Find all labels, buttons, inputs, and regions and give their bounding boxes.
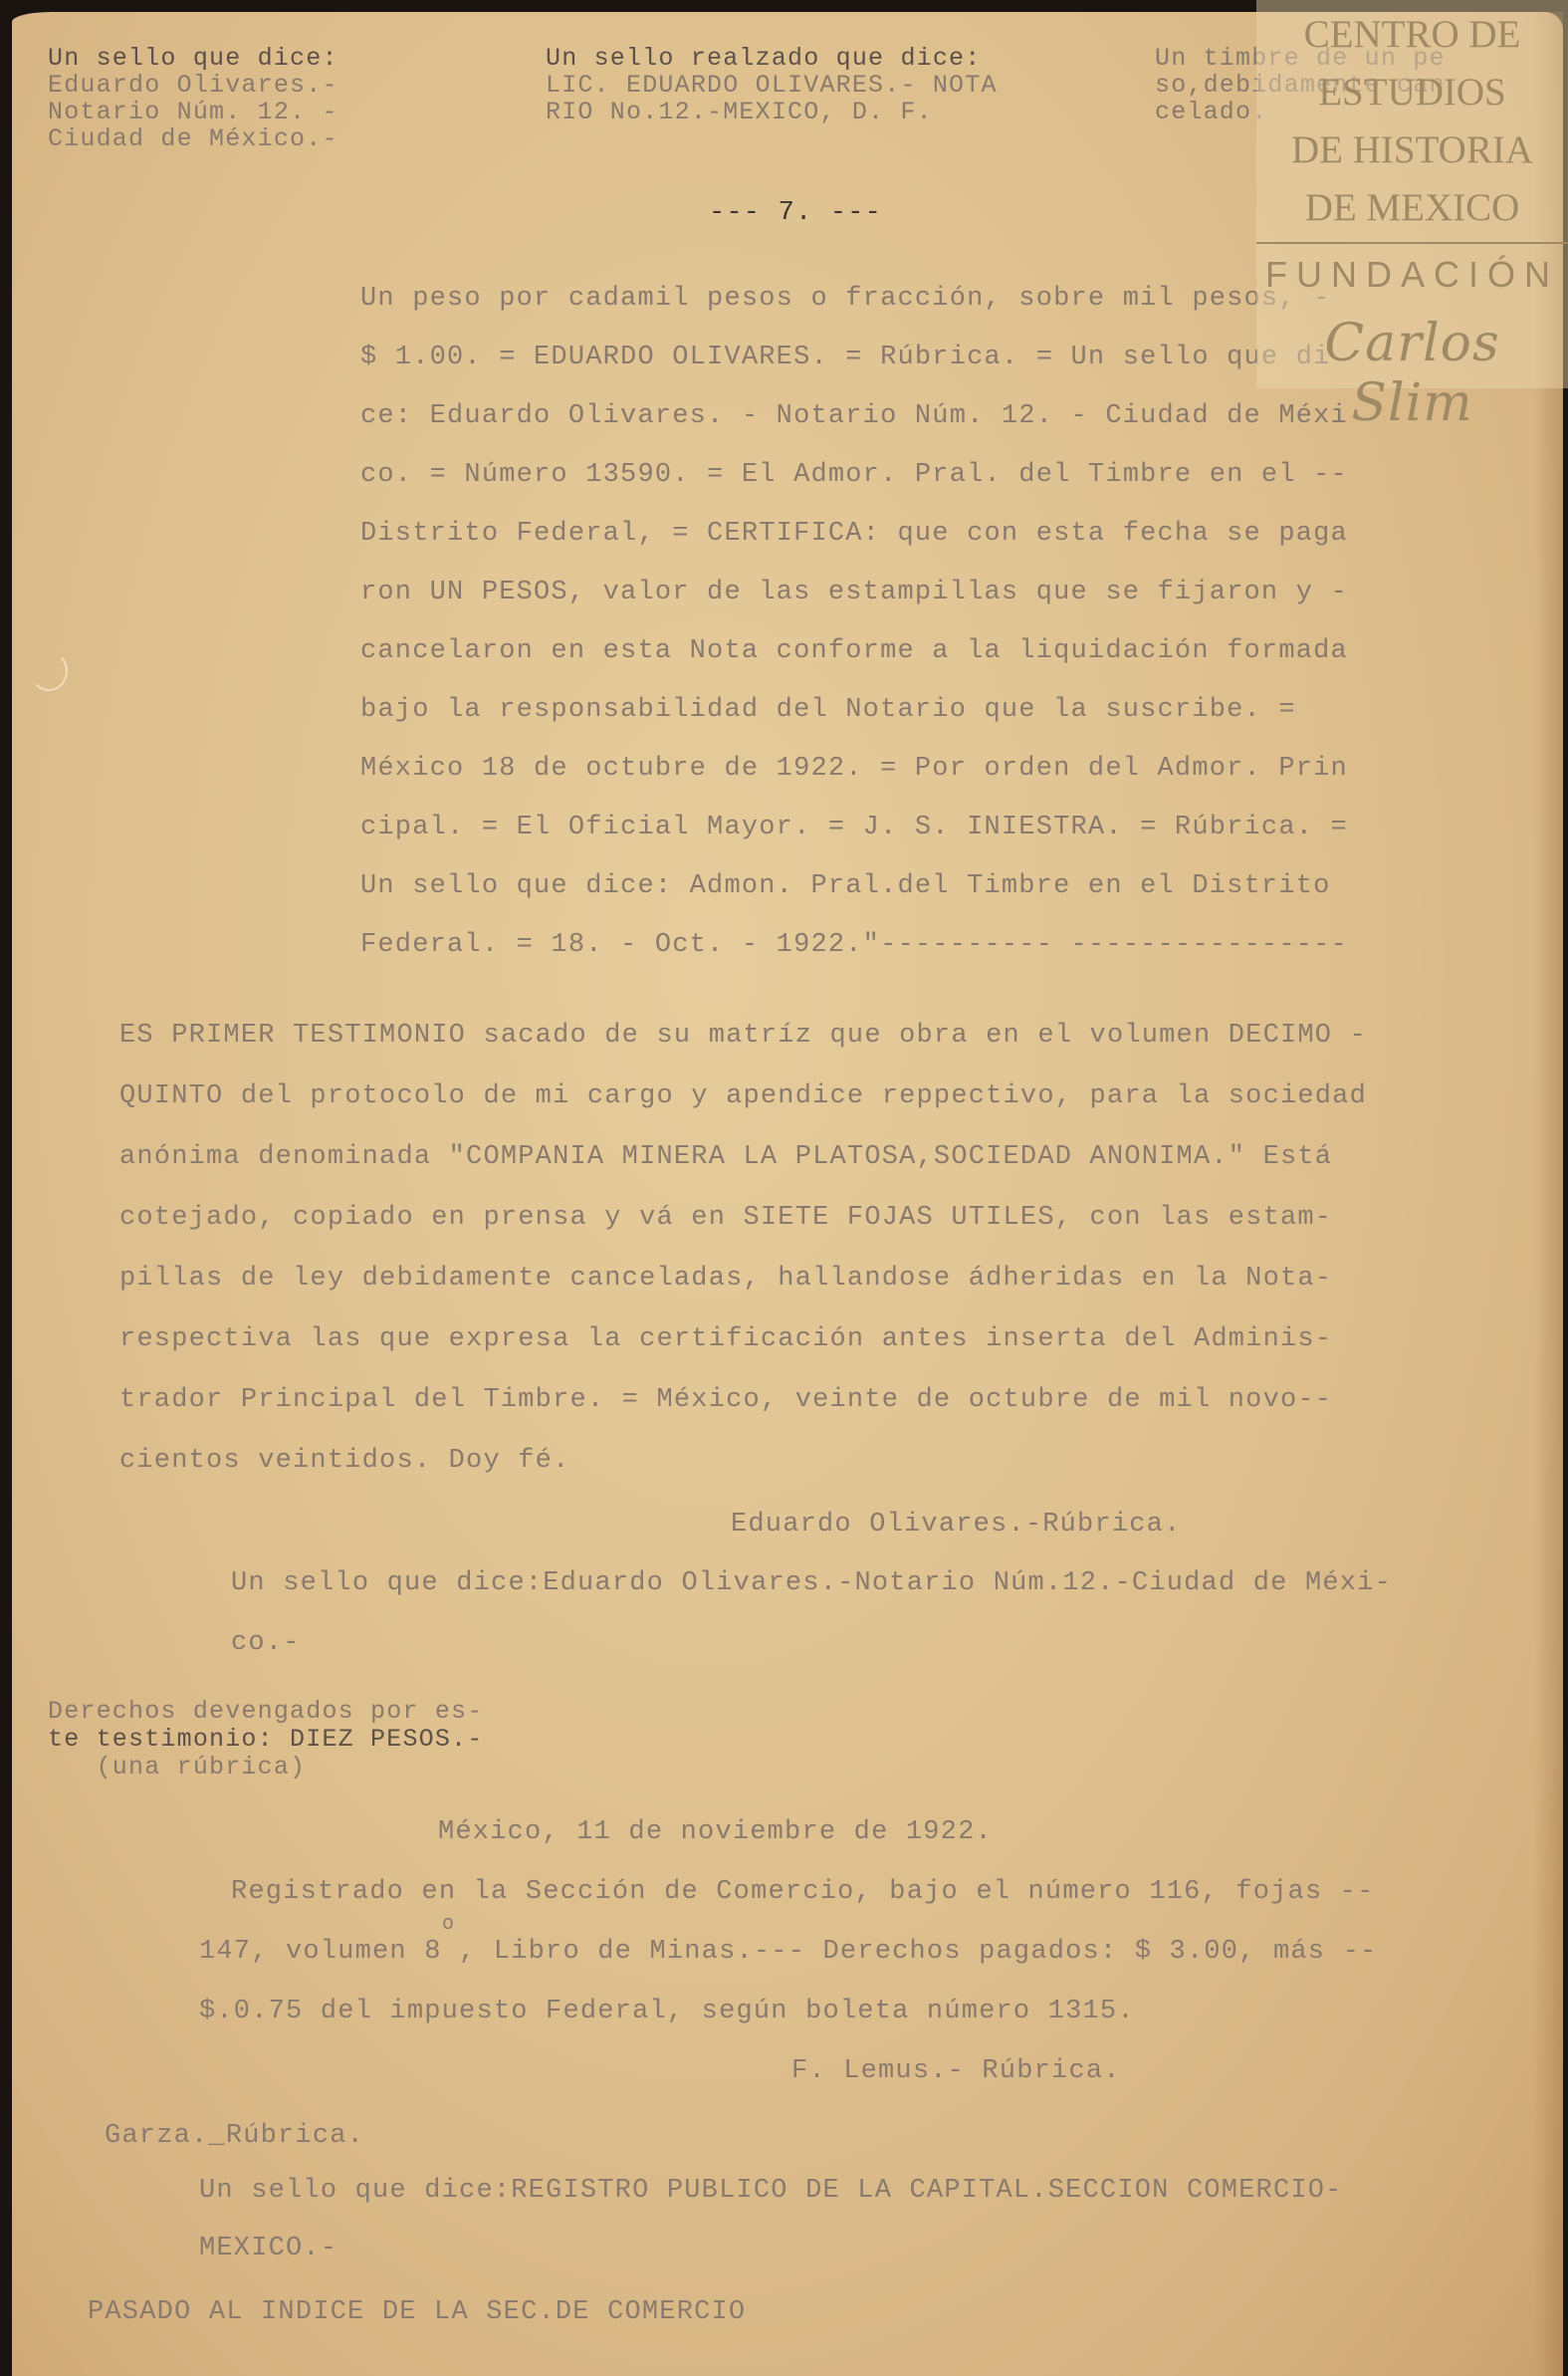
watermark-line: DE HISTORIA [1256,121,1568,179]
text-line: México 18 de octubre de 1922. = Por orde… [360,753,1348,785]
text-line: ES PRIMER TESTIMONIO sacado de su matríz… [119,1020,1367,1052]
text-line: $ 1.00. = EDUARDO OLIVARES. = Rúbrica. =… [360,342,1331,373]
text-line: Registrado en la Sección de Comercio, ba… [231,1876,1375,1908]
stamp-line: Notario Núm. 12. - [48,100,338,124]
second-signature: Garza._Rúbrica. [105,2120,364,2152]
watermark-foundation: FUNDACIÓN [1256,254,1568,296]
stamp-line: celado. [1155,100,1267,124]
superscript: o [442,1909,455,1941]
text-line: ron UN PESOS, valor de las estampillas q… [360,577,1348,608]
archive-watermark: CENTRO DE ESTUDIOS DE HISTORIA DE MEXICO… [1256,0,1568,388]
text-line: Federal. = 18. - Oct. - 1922."----------… [360,929,1348,961]
watermark-signature: Carlos Slim [1256,314,1568,433]
page-number: --- 7. --- [709,197,882,229]
text-line: Distrito Federal, = CERTIFICA: que con e… [360,518,1348,550]
text-line: cipal. = El Oficial Mayor. = J. S. INIES… [360,812,1348,843]
registrar-signature: F. Lemus.- Rúbrica. [791,2055,1121,2087]
stamp-line: RIO No.12.-MEXICO, D. F. [546,100,933,124]
text-line: co. = Número 13590. = El Admor. Pral. de… [360,459,1348,491]
registry-date: México, 11 de noviembre de 1922. [438,1816,993,1848]
text-line: MEXICO.- [199,2233,337,2264]
text-line: trador Principal del Timbre. = México, v… [119,1384,1332,1416]
watermark-divider [1256,242,1568,244]
text-line: cancelaron en esta Nota conforme a la li… [360,635,1348,667]
text-line: Un sello que dice:REGISTRO PUBLICO DE LA… [199,2175,1343,2207]
text-line: ce: Eduardo Olivares. - Notario Núm. 12.… [360,400,1348,432]
text-line: $.0.75 del impuesto Federal, según bolet… [199,1996,1135,2027]
text-line: te testimonio: DIEZ PESOS.- [48,1727,483,1752]
text-line: bajo la responsabilidad del Notario que … [360,694,1296,726]
watermark-line: CENTRO DE [1256,6,1568,64]
stamp-line: Eduardo Olivares.- [48,73,338,98]
stamp-line: Ciudad de México.- [48,126,338,151]
text-line: co.- [231,1627,301,1659]
text-line: cotejado, copiado en prensa y vá en SIET… [119,1202,1332,1234]
text-line: pillas de ley debidamente canceladas, ha… [119,1263,1332,1295]
watermark-line: DE MEXICO [1256,179,1568,237]
stamp-line: LIC. EDUARDO OLIVARES.- NOTA [546,73,998,98]
watermark-line: ESTUDIOS [1256,64,1568,121]
text-line: QUINTO del protocolo de mi cargo y apend… [119,1080,1367,1112]
punch-hole-mark [30,651,68,691]
text-line: anónima denominada "COMPANIA MINERA LA P… [119,1141,1332,1173]
text-line: respectiva las que expresa la certificac… [119,1323,1332,1355]
text-line: Un sello que dice: Admon. Pral.del Timbr… [360,870,1331,902]
text-line: cientos veintidos. Doy fé. [119,1445,569,1477]
text-line: Un sello que dice:Eduardo Olivares.-Nota… [231,1567,1392,1599]
text-line: Un peso por cadamil pesos o fracción, so… [360,283,1331,315]
stamp-line: Un sello que dice: [48,46,338,71]
index-note: PASADO AL INDICE DE LA SEC.DE COMERCIO [88,2296,746,2328]
text-line: (una rúbrica) [48,1755,306,1780]
stamp-line: Un sello realzado que dice: [546,46,981,71]
text-line: Derechos devengados por es- [48,1699,483,1724]
notary-signature: Eduardo Olivares.-Rúbrica. [731,1509,1181,1541]
text-line: 147, volumen 8 , Libro de Minas.--- Dere… [199,1936,1377,1968]
